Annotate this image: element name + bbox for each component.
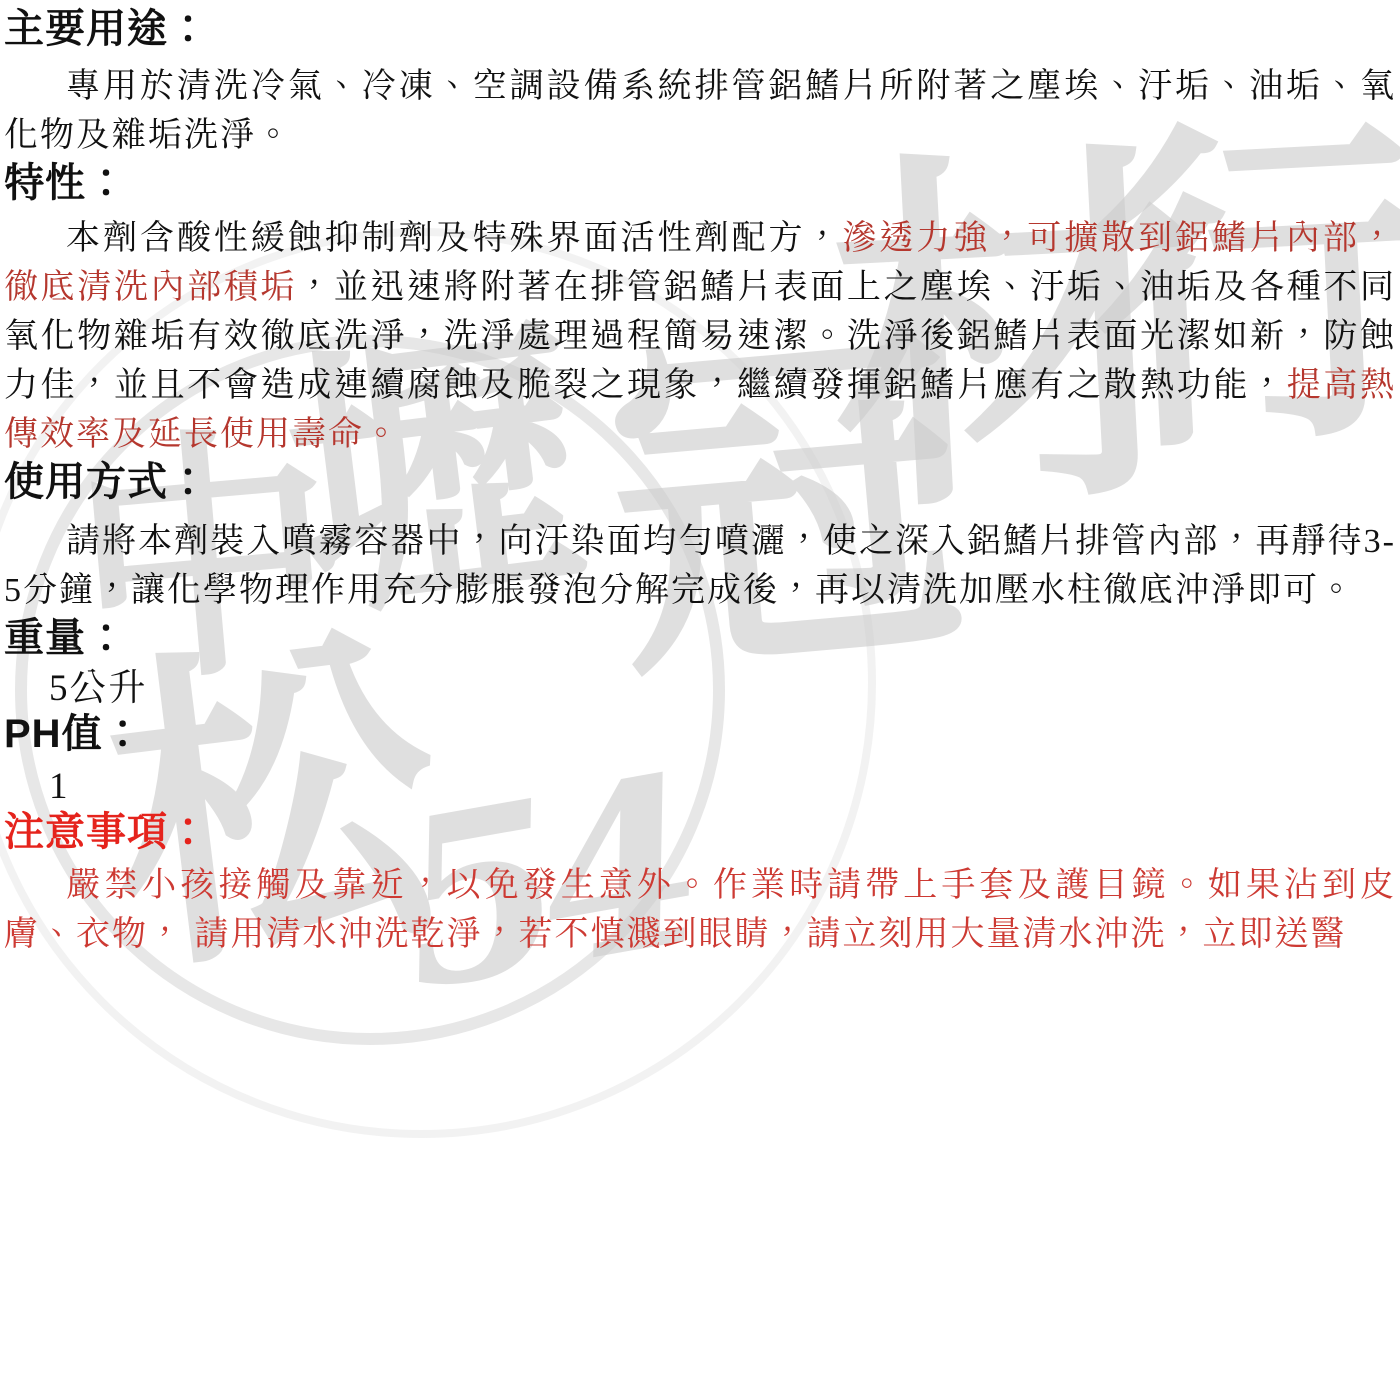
product-description-page: { "colors": { "text": "#111111", "red_in… (0, 0, 1400, 1400)
body-text: 5公升 (49, 668, 148, 709)
section-heading-main-uses: 主要用途： (4, 6, 1396, 52)
section-heading-ph: PH值： (4, 711, 1396, 757)
body-text: 請將本劑裝入噴霧容器中，向汙染面均勻噴灑，使之深入鋁鰭片排管內部，再靜待3-5分… (4, 523, 1396, 609)
paragraph-features: 本劑含酸性緩蝕抑制劑及特殊界面活性劑配方，滲透力強，可擴散到鋁鰭片內部，徹底清洗… (4, 214, 1396, 459)
section-heading-features: 特性： (4, 160, 1396, 206)
paragraph-cautions: 嚴禁小孩接觸及靠近，以免發生意外。作業時請帶上手套及護目鏡。如果沾到皮膚、衣物，… (4, 861, 1396, 959)
paragraph-main-uses: 專用於清洗冷氣、冷凍、空調設備系統排管鋁鰭片所附著之塵埃、汙垢、油垢、氧化物及雜… (4, 62, 1396, 160)
section-heading-usage: 使用方式： (4, 459, 1396, 505)
body-text: 1 (49, 766, 70, 807)
product-description-document: 主要用途：專用於清洗冷氣、冷凍、空調設備系統排管鋁鰭片所附著之塵埃、汙垢、油垢、… (0, 0, 1400, 959)
section-heading-weight: 重量： (4, 615, 1396, 661)
highlighted-text: 嚴禁小孩接觸及靠近，以免發生意外。作業時請帶上手套及護目鏡。如果沾到皮膚、衣物，… (4, 867, 1396, 953)
body-text: 本劑含酸性緩蝕抑制劑及特殊界面活性劑配方， (66, 220, 842, 257)
paragraph-usage: 請將本劑裝入噴霧容器中，向汙染面均勻噴灑，使之深入鋁鰭片排管內部，再靜待3-5分… (4, 517, 1396, 615)
paragraph-weight: 5公升 (4, 667, 1396, 711)
paragraph-ph: 1 (4, 765, 1396, 809)
body-text: 專用於清洗冷氣、冷凍、空調設備系統排管鋁鰭片所附著之塵埃、汙垢、油垢、氧化物及雜… (4, 68, 1396, 154)
section-heading-cautions: 注意事項： (4, 809, 1396, 855)
